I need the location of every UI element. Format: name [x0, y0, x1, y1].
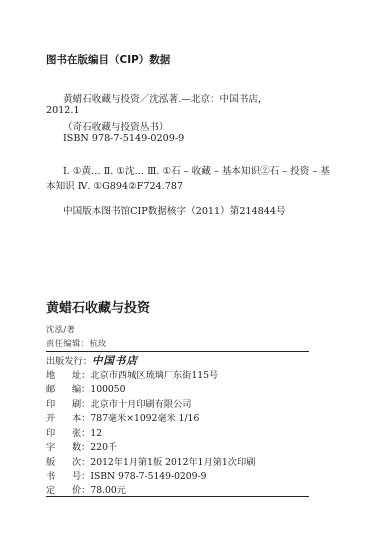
row-key: 编：	[72, 381, 90, 395]
book-author: 沈泓/著	[46, 324, 75, 335]
row-value: 12	[90, 428, 102, 439]
row-value: 220千	[90, 442, 117, 453]
row-key: 价：	[72, 482, 90, 496]
colophon-row-price: 定价：78.00元	[46, 482, 126, 496]
row-key: 定	[46, 482, 72, 496]
colophon-row-printer: 印刷：北京市十月印刷有限公司	[46, 396, 191, 410]
row-key: 号：	[72, 468, 90, 482]
row-key: 版	[46, 454, 72, 468]
publisher-label: 出版发行：	[46, 356, 92, 367]
book-editor: 责任编辑：杭玫	[46, 338, 107, 349]
colophon-row-edition: 版次：2012年1月第1版 2012年1月第1次印刷	[46, 454, 255, 468]
publisher-logo: 中国书店	[92, 355, 138, 367]
colophon-row-postcode: 邮编：100050	[46, 381, 125, 395]
row-key: 书	[46, 468, 72, 482]
cip-subject-line: 本知识 Ⅳ. ①G894②F724.787	[46, 178, 183, 192]
cip-record-number: 中国版本图书馆CIP数据核字（2011）第214844号	[63, 203, 286, 217]
row-value: ISBN 978-7-5149-0209-9	[90, 471, 206, 482]
cip-subject-line: Ⅰ. ①黄… Ⅱ. ①沈… Ⅲ. ①石 – 收藏 – 基本知识②石 – 投资 –…	[63, 163, 330, 177]
row-key: 数：	[72, 439, 90, 453]
row-value: 787毫米×1092毫米 1/16	[90, 413, 199, 424]
row-key: 印	[46, 396, 72, 410]
row-key: 邮	[46, 381, 72, 395]
bottom-divider	[46, 496, 309, 497]
row-key: 地	[46, 367, 72, 381]
row-key: 印	[46, 425, 72, 439]
row-key: 开	[46, 410, 72, 424]
cip-entry-line: 黄蜡石收藏与投资／沈泓著.—北京：中国书店，	[63, 91, 268, 105]
row-value: 78.00元	[90, 485, 126, 496]
cip-isbn: ISBN 978-7-5149-0209-9	[63, 133, 184, 144]
row-key: 本：	[72, 410, 90, 424]
row-key: 次：	[72, 454, 90, 468]
row-key: 刷：	[72, 396, 90, 410]
row-value: 北京市十月印刷有限公司	[90, 399, 191, 410]
row-value: 100050	[90, 384, 125, 395]
colophon-row-sheets: 印张：12	[46, 425, 102, 439]
book-title: 黄蜡石收藏与投资	[46, 297, 150, 316]
cip-entry-line: 2012.1	[46, 105, 80, 116]
colophon-row-format: 开本：787毫米×1092毫米 1/16	[46, 410, 199, 424]
publisher-row: 出版发行：中国书店	[46, 353, 138, 368]
row-value: 2012年1月第1版 2012年1月第1次印刷	[90, 457, 255, 468]
colophon-row-address: 地址：北京市西城区琉璃厂东街115号	[46, 367, 218, 381]
cip-series: （奇石收藏与投资丛书）	[63, 119, 169, 133]
row-key: 址：	[72, 367, 90, 381]
colophon-row-wordcount: 字数：220千	[46, 439, 117, 453]
row-value: 北京市西城区琉璃厂东街115号	[90, 370, 218, 381]
row-key: 张：	[72, 425, 90, 439]
colophon-row-isbn: 书号：ISBN 978-7-5149-0209-9	[46, 468, 206, 482]
cip-heading: 图书在版编目（CIP）数据	[46, 52, 170, 67]
row-key: 字	[46, 439, 72, 453]
